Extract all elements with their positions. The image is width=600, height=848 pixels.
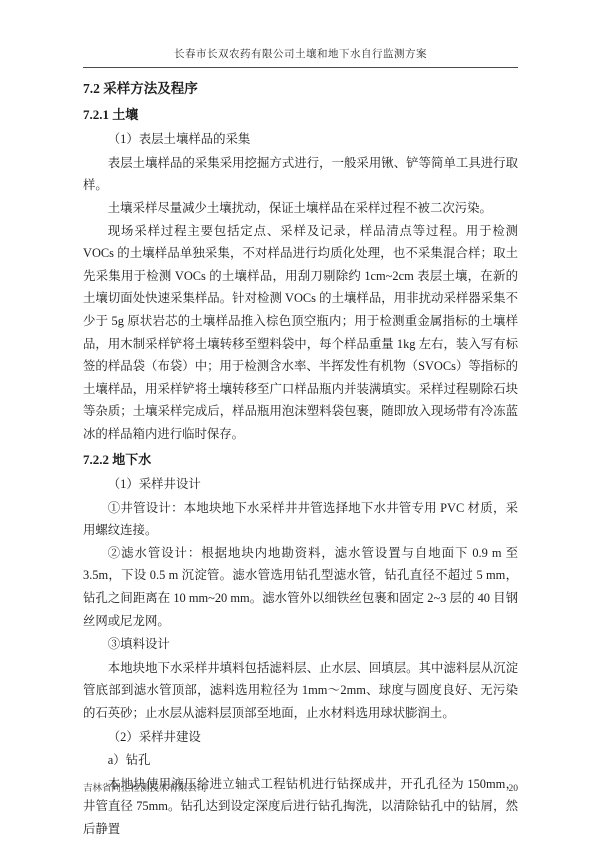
paragraph: 现场采样过程主要包括定点、采样及记录，样品清点等过程。用于检测 VOCs 的土壤… bbox=[83, 220, 518, 446]
paragraph: 土壤采样尽量减少土壤扰动，保证土壤样品在采样过程不被二次污染。 bbox=[83, 197, 518, 220]
paragraph: ②滤水管设计：根据地块内地勘资料，滤水管设置与自地面下 0.9 m 至 3.5m… bbox=[83, 542, 518, 632]
subsection-label: （2）采样井建设 bbox=[83, 726, 518, 749]
paragraph: ①井管设计：本地块地下水采样井井管选择地下水井管专用 PVC 材质，采用螺纹连接… bbox=[83, 497, 518, 542]
subsection-label: （1）表层土壤样品的采集 bbox=[83, 128, 518, 151]
section-heading-7-2: 7.2 采样方法及程序 bbox=[83, 78, 518, 101]
paragraph: 本地块地下水采样井填料包括滤料层、止水层、回填层。其中滤料层从沉淀管底部到滤水管… bbox=[83, 657, 518, 725]
paragraph: 表层土壤样品的采集采用挖掘方式进行，一般采用锹、铲等简单工具进行取样。 bbox=[83, 152, 518, 197]
footer-page-number: 20 bbox=[509, 784, 519, 794]
subsection-label: ③填料设计 bbox=[83, 633, 518, 656]
document-body: 7.2 采样方法及程序 7.2.1 土壤 （1）表层土壤样品的采集 表层土壤样品… bbox=[83, 74, 518, 841]
section-heading-7-2-2: 7.2.2 地下水 bbox=[83, 449, 518, 472]
page-footer: 吉林省同正检测技术有限公司 20 bbox=[83, 780, 518, 794]
section-heading-7-2-1: 7.2.1 土壤 bbox=[83, 104, 518, 127]
document-page: 长春市长双农药有限公司土壤和地下水自行监测方案 7.2 采样方法及程序 7.2.… bbox=[0, 0, 600, 848]
subsection-label: （1）采样井设计 bbox=[83, 473, 518, 496]
footer-company-name: 吉林省同正检测技术有限公司 bbox=[83, 780, 207, 794]
subsection-label: a）钻孔 bbox=[83, 749, 518, 772]
page-header-title: 长春市长双农药有限公司土壤和地下水自行监测方案 bbox=[83, 46, 518, 68]
